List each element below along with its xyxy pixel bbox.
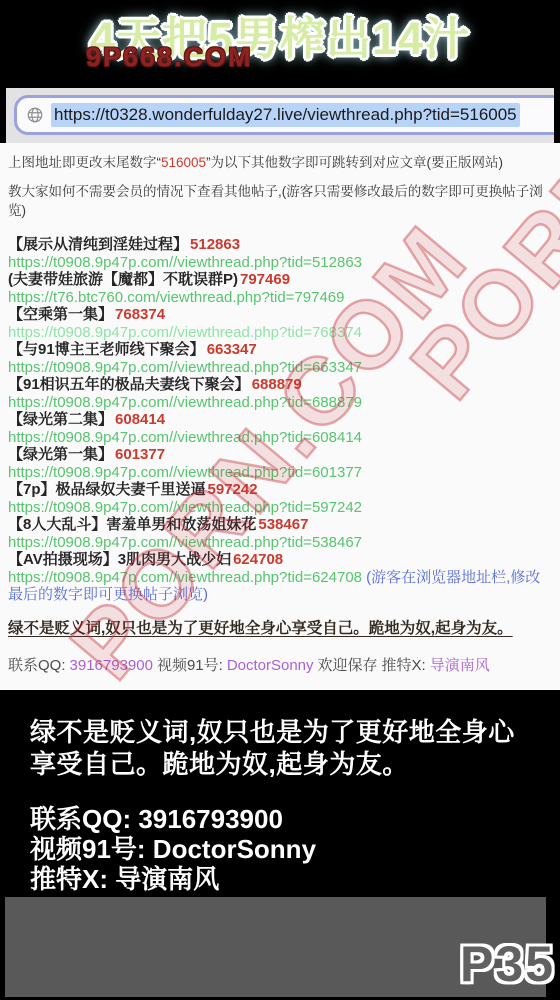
twitter-label: 推特X: — [382, 657, 426, 674]
save-note: 欢迎保存 — [318, 657, 378, 674]
thread-id: 768374 — [115, 306, 165, 323]
thread-item: 【空乘第一集】768374https://t0908.9p47p.com//vi… — [8, 306, 552, 341]
intro-line-1: 上图地址即更改末尾数字“516005”为以下其他数字即可跳转到对应文章(要正版网… — [8, 153, 552, 172]
thread-id: 663347 — [207, 341, 257, 358]
thread-id: 601377 — [115, 446, 165, 463]
footer-qq: 联系QQ: 3916793900 — [30, 804, 540, 834]
thread-url[interactable]: https://t0908.9p47p.com//viewthread.php?… — [8, 429, 552, 447]
thread-url[interactable]: https://t0908.9p47p.com//viewthread.php?… — [8, 324, 552, 342]
thread-id: 624708 — [233, 551, 283, 568]
thread-id: 797469 — [240, 271, 290, 288]
footer-video: 视频91号: DoctorSonny — [30, 834, 540, 864]
thread-title: 【展示从清纯到淫娃过程】512863 — [8, 236, 552, 254]
thread-url[interactable]: https://t0908.9p47p.com//viewthread.php?… — [8, 464, 552, 482]
thread-title: (夫妻带娃旅游【魔都】不耽误群P)797469 — [8, 271, 552, 289]
thread-item: 【绿光第二集】608414https://t0908.9p47p.com//vi… — [8, 411, 552, 446]
thread-url[interactable]: https://t0908.9p47p.com//viewthread.php?… — [8, 254, 552, 272]
video-id[interactable]: DoctorSonny — [227, 657, 314, 674]
thread-title: 【空乘第一集】768374 — [8, 306, 552, 324]
top-banner: 4天把5男榨出14汁 9P668.COM — [0, 0, 560, 88]
thread-title: 【91相识五年的极品夫妻线下聚会】688879 — [8, 376, 552, 394]
thread-item: 【绿光第一集】601377https://t0908.9p47p.com//vi… — [8, 446, 552, 481]
thread-title: 【AV拍摄现场】3肌肉男大战少妇624708 — [8, 551, 552, 569]
intro-line-2: 教大家如何不需要会员的情况下查看其他帖子,(游客只需要修改最后的数字即可更换帖子… — [8, 182, 552, 220]
thread-url[interactable]: https://t0908.9p47p.com//viewthread.php?… — [8, 359, 552, 377]
video-label: 视频91号: — [157, 657, 223, 674]
thread-title: 【绿光第二集】608414 — [8, 411, 552, 429]
thread-id: 597242 — [208, 481, 258, 498]
qq-label: 联系QQ: — [8, 657, 66, 674]
page-body: PORN.COM PORN.COM 上图地址即更改末尾数字“516005”为以下… — [0, 143, 560, 690]
footer-contact: 联系QQ: 3916793900 视频91号: DoctorSonny 推特X:… — [30, 804, 540, 894]
gray-footer: P35 — [5, 897, 546, 997]
contact-line: 联系QQ:3916793900视频91号:DoctorSonny欢迎保存推特X:… — [8, 654, 552, 675]
thread-item: 【与91博主王老师线下聚会】663347https://t0908.9p47p.… — [8, 341, 552, 376]
thread-item: 【7p】极品绿奴夫妻千里送逼597242https://t0908.9p47p.… — [8, 481, 552, 516]
post-content: PORN.COM PORN.COM 上图地址即更改末尾数字“516005”为以下… — [0, 143, 560, 690]
page-title: 4天把5男榨出14汁 — [0, 2, 560, 67]
address-bar[interactable]: https://t0328.wonderfulday27.live/viewth… — [14, 95, 554, 135]
footer-slogan: 绿不是贬义词,奴只也是为了更好地全身心 享受自己。跪地为奴,起身为友。 — [30, 716, 540, 780]
footer-twitter: 推特X: 导演南风 — [30, 864, 540, 894]
thread-url[interactable]: https://t0908.9p47p.com//viewthread.php?… — [8, 499, 552, 517]
thread-url[interactable]: https://t0908.9p47p.com//viewthread.php?… — [8, 569, 552, 604]
thread-title: 【7p】极品绿奴夫妻千里送逼597242 — [8, 481, 552, 499]
page-number-badge: P35 — [460, 935, 555, 993]
thread-id: 512863 — [190, 236, 240, 253]
thread-item: (夫妻带娃旅游【魔都】不耽误群P)797469https://t76.btc76… — [8, 271, 552, 306]
thread-item: 【展示从清纯到淫娃过程】512863https://t0908.9p47p.co… — [8, 236, 552, 271]
globe-icon — [26, 106, 44, 124]
thread-url[interactable]: https://t0908.9p47p.com//viewthread.php?… — [8, 534, 552, 552]
thread-item: 【AV拍摄现场】3肌肉男大战少妇624708https://t0908.9p47… — [8, 551, 552, 604]
thread-title: 【8人大乱斗】害羞单男和放荡姐妹花538467 — [8, 516, 552, 534]
thread-url[interactable]: https://t76.btc760.com/viewthread.php?ti… — [8, 289, 552, 307]
thread-id: 538467 — [258, 516, 308, 533]
thread-list: 【展示从清纯到淫娃过程】512863https://t0908.9p47p.co… — [8, 236, 552, 604]
thread-title: 【与91博主王老师线下聚会】663347 — [8, 341, 552, 359]
thread-url[interactable]: https://t0908.9p47p.com//viewthread.php?… — [8, 394, 552, 412]
thread-id: 688879 — [252, 376, 302, 393]
address-bar-url[interactable]: https://t0328.wonderfulday27.live/viewth… — [51, 103, 520, 127]
qq-number[interactable]: 3916793900 — [70, 657, 153, 674]
slogan-line: 绿不是贬义词,奴只也是为了更好地全身心享受自己。跪地为奴,起身为友。 — [8, 618, 552, 640]
black-info-section: 绿不是贬义词,奴只也是为了更好地全身心 享受自己。跪地为奴,起身为友。 联系QQ… — [0, 690, 560, 897]
banner-watermark: 9P668.COM — [86, 42, 253, 73]
twitter-id[interactable]: 导演南风 — [430, 657, 490, 674]
browser-chrome: https://t0328.wonderfulday27.live/viewth… — [6, 88, 554, 143]
thread-item: 【8人大乱斗】害羞单男和放荡姐妹花538467https://t0908.9p4… — [8, 516, 552, 551]
thread-id: 608414 — [115, 411, 165, 428]
thread-title: 【绿光第一集】601377 — [8, 446, 552, 464]
current-tid: 516005 — [161, 155, 206, 170]
thread-item: 【91相识五年的极品夫妻线下聚会】688879https://t0908.9p4… — [8, 376, 552, 411]
